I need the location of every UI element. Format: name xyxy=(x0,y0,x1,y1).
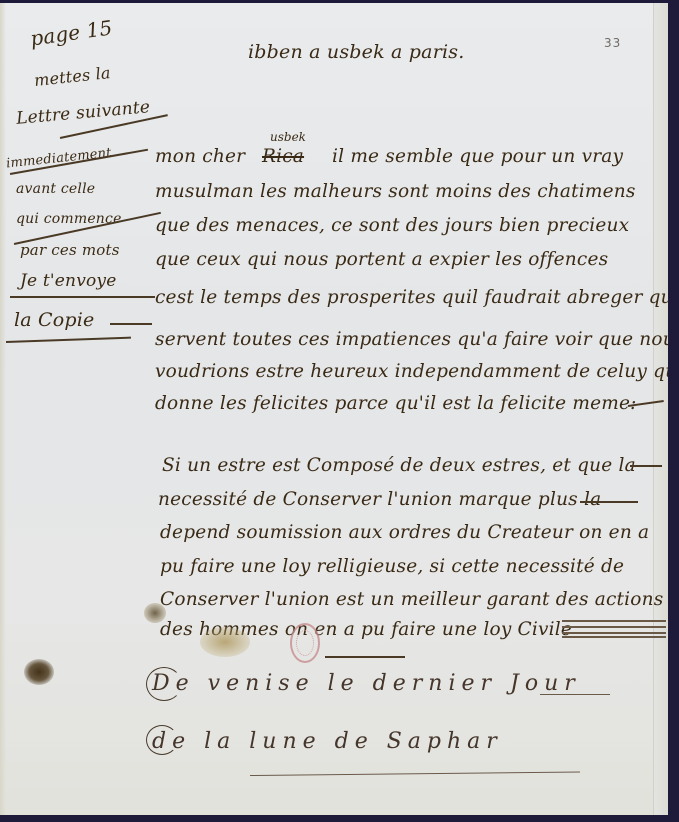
ink-blot xyxy=(24,659,54,685)
line-filler-stroke xyxy=(630,465,662,467)
closing-underline xyxy=(250,772,580,776)
closing-line: de la lune de Saphar xyxy=(152,729,503,754)
text-line: que des menaces, ce sont des jours bien … xyxy=(155,215,629,236)
text-line: pu faire une loy relligieuse, si cette n… xyxy=(160,556,624,577)
text-line: cest le temps des prosperites quil faudr… xyxy=(155,287,668,308)
folio-number: 33 xyxy=(604,36,621,50)
margin-note-line: Je t'envoye xyxy=(20,271,117,291)
line-filler-stroke xyxy=(540,694,610,695)
margin-note-line: Lettre suivante xyxy=(15,97,151,129)
page-torn-edge xyxy=(653,3,668,815)
text-line: depend soumission aux ordres du Createur… xyxy=(160,522,649,543)
text-line: musulman les malheurs sont moins des cha… xyxy=(155,181,636,202)
underline xyxy=(10,296,155,298)
underline xyxy=(110,323,152,325)
text-line: servent toutes ces impatiences qu'a fair… xyxy=(155,329,668,350)
text-line: donne les felicites parce qu'il est la f… xyxy=(155,393,637,414)
struck-word: Rica xyxy=(262,146,304,167)
underline xyxy=(325,656,405,658)
text-line: Conserver l'union est un meilleur garant… xyxy=(160,589,663,610)
text-line: Si un estre est Composé de deux estres, … xyxy=(162,455,636,476)
letter-heading: ibben a usbek a paris. xyxy=(248,41,464,63)
closing-line: De venise le dernier Jour xyxy=(152,671,581,696)
salutation-prefix: mon cher xyxy=(155,146,245,167)
text-line: que ceux qui nous portent a expier les o… xyxy=(155,249,608,270)
underline xyxy=(6,337,131,343)
text-line: voudrions estre heureux independamment d… xyxy=(155,361,668,382)
cancellation-strokes xyxy=(562,620,666,638)
inserted-word: usbek xyxy=(270,130,306,144)
margin-note-line: avant celle xyxy=(16,181,95,197)
ink-blot xyxy=(144,603,166,623)
salutation-continuation: il me semble que pour un vray xyxy=(332,146,623,167)
margin-note-line: la Copie xyxy=(14,309,95,331)
margin-note-line: page 15 xyxy=(29,15,114,50)
text-line: necessité de Conserver l'union marque pl… xyxy=(158,489,601,510)
margin-note-line: par ces mots xyxy=(20,241,120,259)
margin-note-line: mettes la xyxy=(33,63,111,90)
line-filler-stroke xyxy=(580,501,638,503)
library-stamp xyxy=(290,623,320,663)
manuscript-page: 33 ibben a usbek a paris. page 15 mettes… xyxy=(0,3,668,815)
ink-stain xyxy=(200,627,250,657)
viewer-frame: 33 ibben a usbek a paris. page 15 mettes… xyxy=(0,0,679,822)
